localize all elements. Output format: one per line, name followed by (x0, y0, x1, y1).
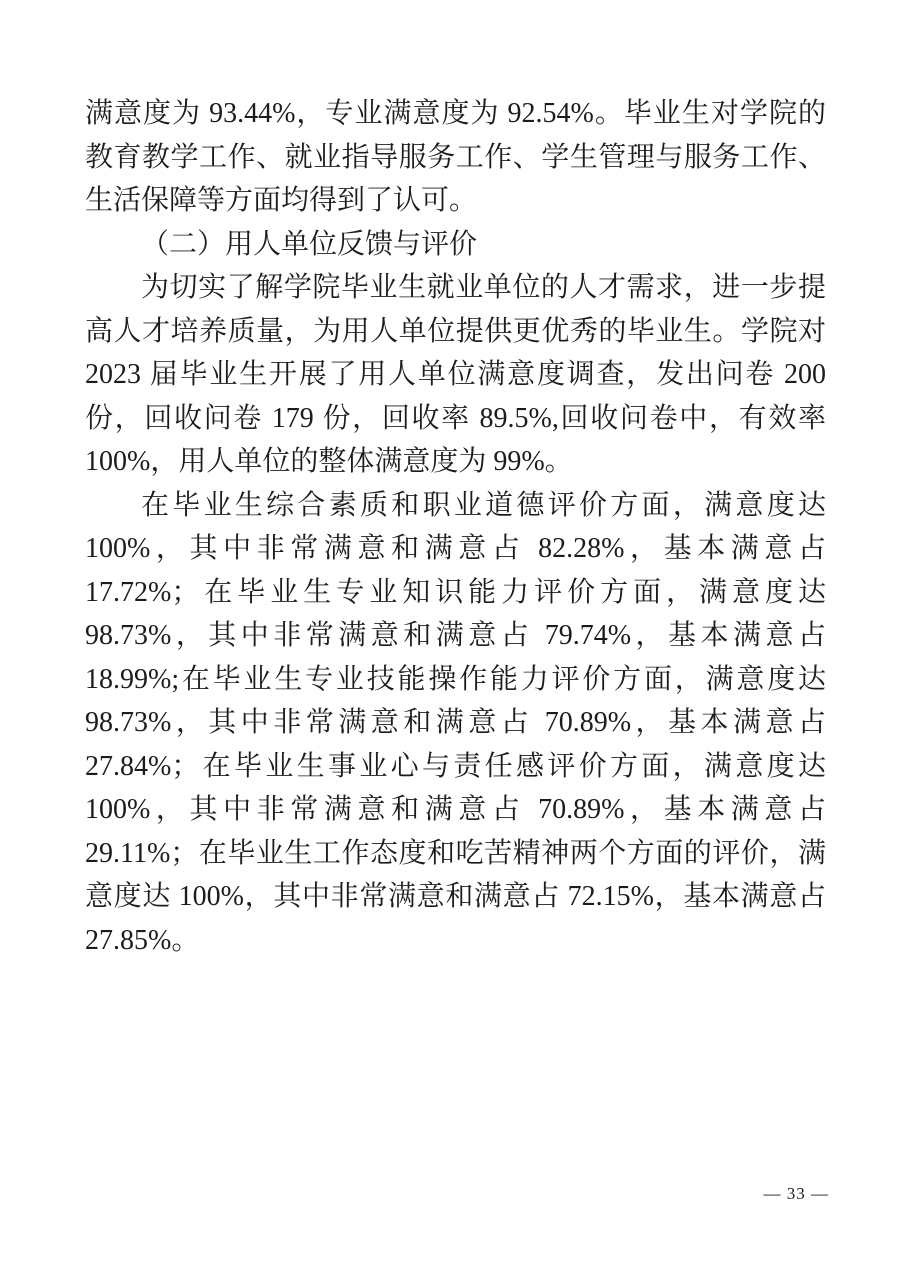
page-number: — 33 — (764, 1184, 830, 1204)
section-heading: （二）用人单位反馈与评价 (85, 223, 826, 267)
document-page: 满意度为 93.44%，专业满意度为 92.54%。毕业生对学院的教育教学工作、… (0, 0, 905, 1280)
text-block: 满意度为 93.44%，专业满意度为 92.54%。毕业生对学院的教育教学工作、… (85, 92, 826, 962)
paragraph-satisfaction-continuation: 满意度为 93.44%，专业满意度为 92.54%。毕业生对学院的教育教学工作、… (85, 92, 826, 223)
paragraph-employer-survey: 为切实了解学院毕业生就业单位的人才需求，进一步提高人才培养质量，为用人单位提供更… (85, 266, 826, 484)
paragraph-evaluation-details: 在毕业生综合素质和职业道德评价方面，满意度达 100%，其中非常满意和满意占 8… (85, 484, 826, 963)
